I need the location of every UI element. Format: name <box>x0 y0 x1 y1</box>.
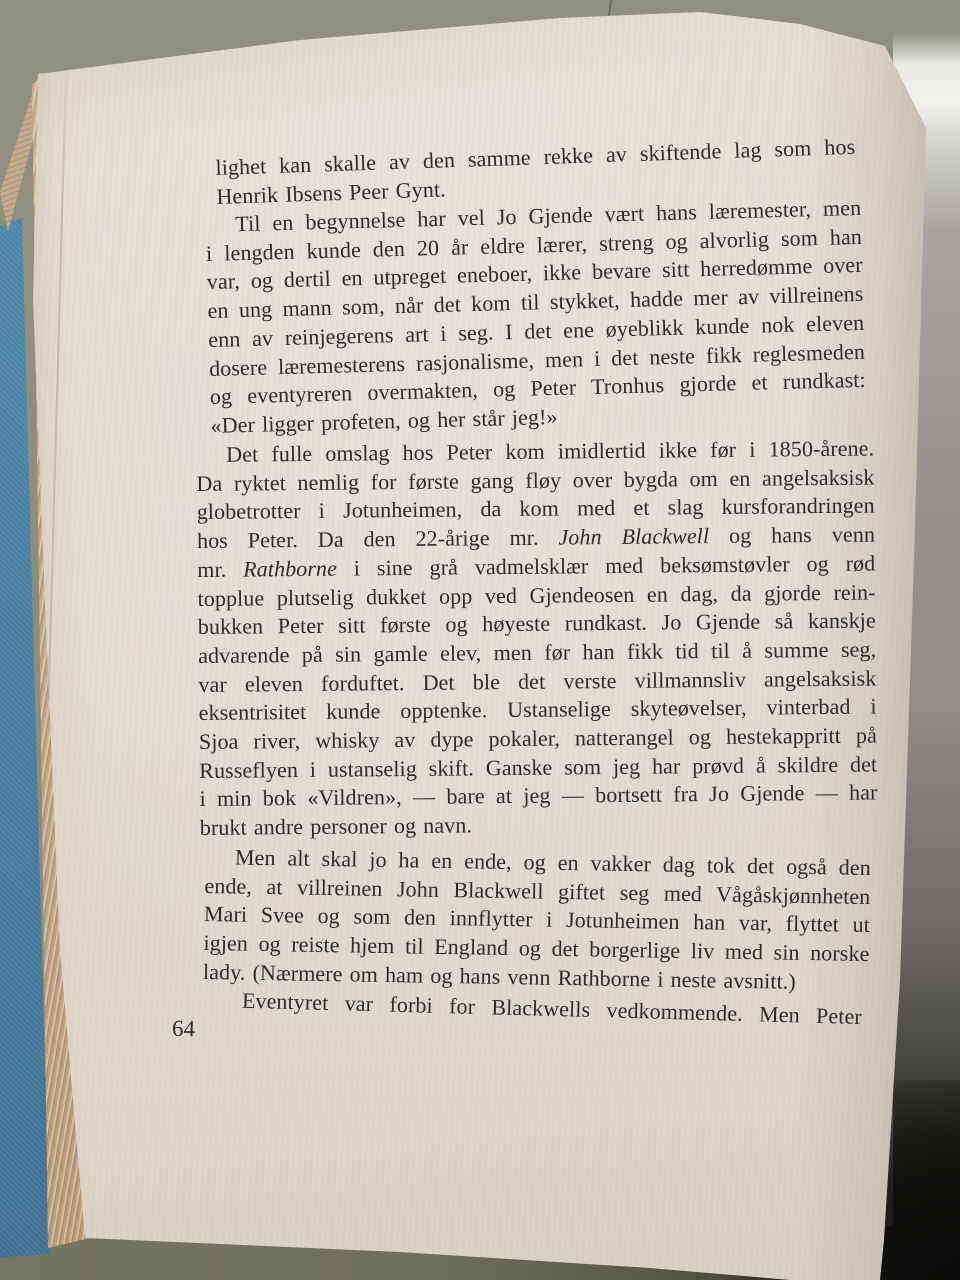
book-photo-scene: lighet kan skalle av den samme rekke av … <box>0 0 960 1280</box>
book-page: lighet kan skalle av den samme rekke av … <box>28 8 930 1280</box>
paragraph: Til en begynnelse har vel Jo Gjende vært… <box>205 194 867 441</box>
paragraph: Det fulle omslag hos Peter kom imidlerti… <box>196 435 878 843</box>
text-block: lighet kan skalle av den samme rekke av … <box>198 154 880 1015</box>
page-number: 64 <box>172 1016 196 1043</box>
paragraph: Men alt skal jo ha en ende, og en vakker… <box>203 843 871 998</box>
text-line: brukt andre personer og navn. <box>200 808 878 843</box>
